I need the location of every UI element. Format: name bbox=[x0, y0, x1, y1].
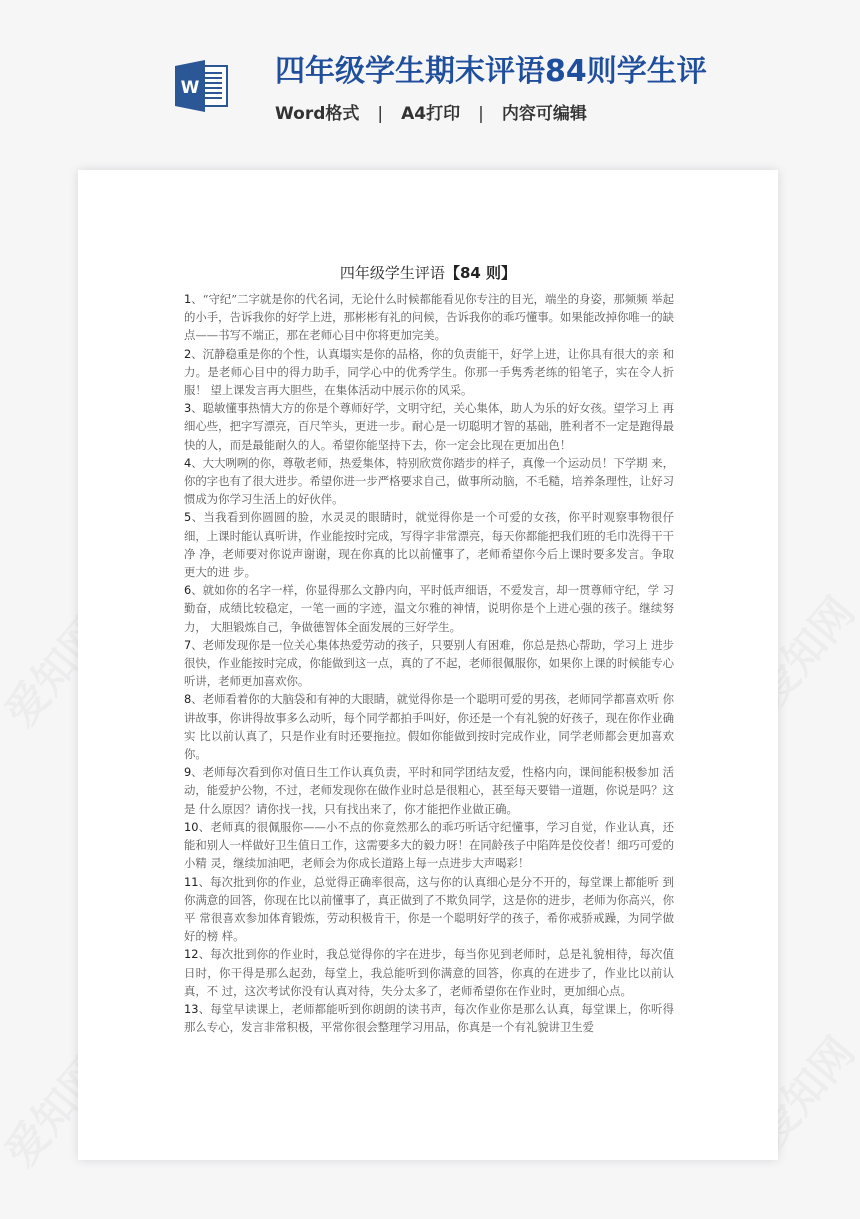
separator: | bbox=[478, 102, 484, 126]
format-editable-label: 内容可编辑 bbox=[502, 102, 587, 126]
comment-paragraph: 1、“守纪”二字就是你的代名词，无论什么时候都能看见你专注的目光，端坐的身姿，那… bbox=[184, 290, 674, 345]
document-body: 1、“守纪”二字就是你的代名词，无论什么时候都能看见你专注的目光，端坐的身姿，那… bbox=[184, 290, 674, 1036]
comment-paragraph: 2、沉静稳重是你的个性，认真塌实是你的品格，你的负责能干，好学上进，让你具有很大… bbox=[184, 345, 674, 400]
paragraph-text: 、“守纪”二字就是你的代名词，无论什么时候都能看见你专注的目光，端坐的身姿，那频… bbox=[184, 292, 674, 342]
comment-paragraph: 6、就如你的名字一样，你显得那么文静内向，平时低声细语，不爱发言，却一贯尊师守纪… bbox=[184, 581, 674, 636]
header: W 四年级学生期末评语84则学生评 Word格式 | A4打印 | 内容可编辑 bbox=[0, 0, 860, 150]
comment-paragraph: 12、每次批到你的作业时，我总觉得你的字在进步，每当你见到老师时，总是礼貌相待，… bbox=[184, 945, 674, 1000]
comment-paragraph: 10、老师真的很佩服你——小不点的你竟然那么的乖巧听话守纪懂事，学习自觉，作业认… bbox=[184, 818, 674, 873]
comment-paragraph: 5、当我看到你圆圆的脸，水灵灵的眼睛时，就觉得你是一个可爱的女孩，你平时观察事物… bbox=[184, 508, 674, 581]
title-bracket: 【 bbox=[445, 264, 460, 282]
paragraph-text: 、老师看着你的大脑袋和有神的大眼睛，就觉得你是一个聪明可爱的男孩，老师同学都喜欢… bbox=[184, 692, 674, 761]
paragraph-number: 13 bbox=[184, 1002, 199, 1016]
title-count: 84 bbox=[460, 264, 481, 282]
page-title: 四年级学生期末评语84则学生评 bbox=[275, 52, 707, 92]
comment-paragraph: 9、老师每次看到你对值日生工作认真负责，平时和同学团结友爱，性格内向，课间能积极… bbox=[184, 763, 674, 818]
comment-paragraph: 3、聪敏懂事热情大方的你是个尊师好学，文明守纪，关心集体，助人为乐的好女孩。望学… bbox=[184, 399, 674, 454]
paragraph-text: 、大大咧咧的你，尊敬老师，热爱集体，特别欣赏你踏步的样子，真像一个运动员！下学期… bbox=[184, 456, 674, 506]
document-page: 四年级学生评语【84 则】 1、“守纪”二字就是你的代名词，无论什么时候都能看见… bbox=[78, 170, 778, 1160]
paragraph-text: 、每次批到你的作业，总觉得正确率很高，这与你的认真细心是分不开的，每堂课上都能听… bbox=[184, 875, 674, 944]
svg-text:W: W bbox=[181, 78, 200, 98]
comment-paragraph: 8、老师看着你的大脑袋和有神的大眼睛，就觉得你是一个聪明可爱的男孩，老师同学都喜… bbox=[184, 690, 674, 763]
format-info: Word格式 | A4打印 | 内容可编辑 bbox=[275, 102, 587, 126]
comment-paragraph: 13、每堂早读课上，老师都能听到你朗朗的读书声，每次作业你是那么认真，每堂课上，… bbox=[184, 1000, 674, 1036]
format-word-label: Word格式 bbox=[275, 102, 359, 126]
paragraph-text: 、每堂早读课上，老师都能听到你朗朗的读书声，每次作业你是那么认真，每堂课上，你听… bbox=[184, 1002, 674, 1034]
paragraph-text: 、老师发现你是一位关心集体热爱劳动的孩子，只要别人有困难，你总是热心帮助，学习上… bbox=[184, 638, 674, 688]
word-document-icon: W bbox=[175, 60, 231, 112]
paragraph-text: 、聪敏懂事热情大方的你是个尊师好学，文明守纪，关心集体，助人为乐的好女孩。望学习… bbox=[184, 401, 674, 451]
paragraph-number: 11 bbox=[184, 875, 199, 889]
title-suffix: 则】 bbox=[481, 264, 516, 282]
paragraph-text: 、当我看到你圆圆的脸，水灵灵的眼睛时，就觉得你是一个可爱的女孩，你平时观察事物很… bbox=[184, 510, 674, 579]
comment-paragraph: 4、大大咧咧的你，尊敬老师，热爱集体，特别欣赏你踏步的样子，真像一个运动员！下学… bbox=[184, 454, 674, 509]
paragraph-text: 、沉静稳重是你的个性，认真塌实是你的品格，你的负责能干，好学上进，让你具有很大的… bbox=[184, 347, 674, 397]
paragraph-number: 10 bbox=[184, 820, 199, 834]
separator: | bbox=[377, 102, 383, 126]
comment-paragraph: 11、每次批到你的作业，总觉得正确率很高，这与你的认真细心是分不开的，每堂课上都… bbox=[184, 873, 674, 946]
paragraph-text: 、老师每次看到你对值日生工作认真负责，平时和同学团结友爱，性格内向，课间能积极参… bbox=[184, 765, 674, 815]
paragraph-number: 12 bbox=[184, 947, 199, 961]
paragraph-text: 、老师真的很佩服你——小不点的你竟然那么的乖巧听话守纪懂事，学习自觉，作业认真，… bbox=[184, 820, 674, 870]
document-title: 四年级学生评语【84 则】 bbox=[78, 262, 778, 284]
comment-paragraph: 7、老师发现你是一位关心集体热爱劳动的孩子，只要别人有困难，你总是热心帮助，学习… bbox=[184, 636, 674, 691]
paragraph-text: 、就如你的名字一样，你显得那么文静内向，平时低声细语，不爱发言，却一贯尊师守纪，… bbox=[184, 583, 674, 633]
format-a4-label: A4打印 bbox=[401, 102, 460, 126]
document-title-text: 四年级学生评语 bbox=[340, 264, 445, 282]
paragraph-text: 、每次批到你的作业时，我总觉得你的字在进步，每当你见到老师时，总是礼貌相待，每次… bbox=[184, 947, 674, 997]
